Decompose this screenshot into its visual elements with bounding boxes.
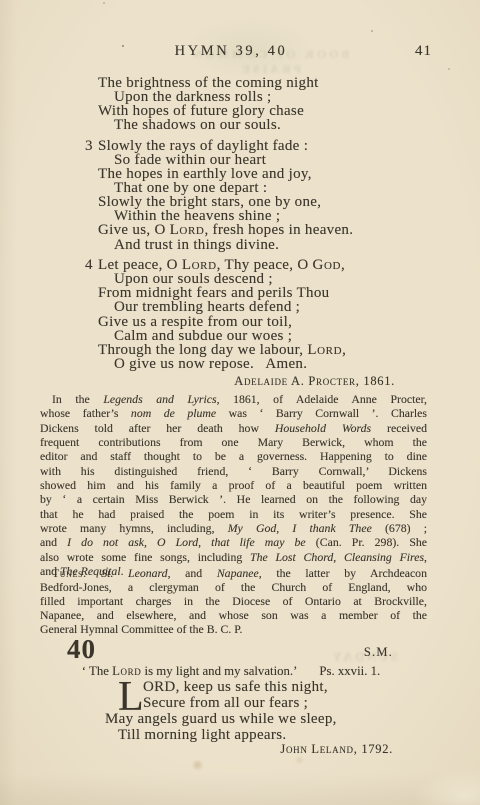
verse-line: Within the heavens shine ; — [114, 209, 353, 223]
verse-line: Slowly the bright stars, one by one, — [98, 195, 353, 209]
prose-line: showed him and his family a proof of a b… — [40, 478, 427, 492]
verse-line: Give us a respite from our toil, — [98, 315, 353, 329]
verse-line: The shadows on our souls. — [114, 118, 353, 132]
verse-block: 3Slowly the rays of daylight fade :So fa… — [98, 139, 353, 252]
prose-line: and I do not ask, O Lord, that life may … — [40, 535, 427, 549]
hymn40-verse: L ORD, keep us safe this night,Secure fr… — [105, 680, 337, 744]
hymn40-epigraph: ‘ The Lord is my light and my salvation.… — [0, 664, 462, 679]
prose-line: editor and staff thought to be a governe… — [40, 449, 427, 463]
epigraph-text: ‘ The Lord is my light and my salvation.… — [82, 664, 298, 679]
epigraph-scripture-ref: Ps. xxvii. 1. — [319, 664, 380, 679]
verse-line: Upon our souls descend ; — [114, 272, 353, 286]
speck — [371, 30, 373, 32]
stain — [294, 755, 305, 765]
verse-line: May angels guard us while we sleep, — [105, 712, 337, 728]
verse-line: The hopes in earthly love and joy, — [98, 167, 353, 181]
prose-line: Bedford-Jones, a clergyman of the Church… — [40, 581, 427, 595]
hymn39-attribution: Adelaide A. Procter, 1861. — [234, 374, 395, 389]
prose-line: by ‘ a certain Miss Berwick ’. He learne… — [40, 492, 427, 506]
prose-line: with his distinguished friend, ‘ Barry C… — [40, 464, 427, 478]
speck — [448, 68, 450, 70]
verse-line: That one by one depart : — [114, 181, 353, 195]
prose-line: Napanee, and elsewhere, and whose son wa… — [40, 609, 427, 623]
stain — [191, 759, 204, 771]
prose-line: whose father’s nom de plume was ‘ Barry … — [40, 406, 427, 420]
verse-line: Upon the darkness rolls ; — [114, 90, 353, 104]
verse-line: So fade within our heart — [114, 153, 353, 167]
drop-cap: L — [118, 682, 144, 712]
hymn40-number: 40 — [67, 634, 96, 665]
prose-line: In the Legends and Lyrics, 1861, of Adel… — [40, 392, 427, 406]
page-number: 41 — [415, 43, 432, 60]
verse-line: With hopes of future glory chase — [98, 104, 353, 118]
verse-line: Through the long day we labour, Lord, — [98, 343, 353, 357]
prose-line: filled important charges in the Diocese … — [40, 595, 427, 609]
verse-line: Give us, O Lord, fresh hopes in heaven. — [98, 223, 353, 237]
prose-line: General Hymnal Committee of the B. C. P. — [40, 623, 427, 637]
biographical-note: In the Legends and Lyrics, 1861, of Adel… — [40, 392, 427, 578]
verse-line: Calm and subdue our woes ; — [114, 329, 353, 343]
hymn39-verses: The brightness of the coming nightUpon t… — [98, 76, 353, 377]
meter-label: S.M. — [364, 645, 393, 660]
speck — [103, 2, 105, 4]
verse-line: 3Slowly the rays of daylight fade : — [98, 139, 353, 153]
prose-line: Dickens told after her death how Househo… — [40, 421, 427, 435]
prose-line: that he had praised the poem in its writ… — [40, 507, 427, 521]
tunes-note: Tunes. St. Leonard, and Napanee, the lat… — [40, 567, 427, 637]
prose-line: Tunes. St. Leonard, and Napanee, the lat… — [40, 567, 427, 581]
verse-number: 3 — [85, 139, 93, 153]
running-title: HYMN 39, 40 — [0, 43, 462, 60]
verse-number: 4 — [85, 258, 93, 272]
verse-line: Secure from all our fears ; — [143, 696, 337, 712]
scanned-hymnal-page: BOOK OF COMMON PRAISE SUNDAY HYMN 39, 40… — [0, 0, 480, 805]
verse-line: O give us now repose. Amen. — [114, 357, 353, 371]
prose-line: frequent contributions from one Mary Ber… — [40, 435, 427, 449]
verse-line: The brightness of the coming night — [98, 76, 353, 90]
verse-line: And trust in things divine. — [114, 238, 353, 252]
verse-line: 4Let peace, O Lord, Thy peace, O God, — [98, 258, 353, 272]
verse-line: From midnight fears and perils Thou — [98, 286, 353, 300]
prose-line: also wrote some fine songs, including Th… — [40, 550, 427, 564]
speck — [122, 45, 124, 47]
verse-line: Our trembling hearts defend ; — [114, 300, 353, 314]
verse-line: ORD, keep us safe this night, — [143, 680, 337, 696]
verse-block: The brightness of the coming nightUpon t… — [98, 76, 353, 132]
prose-line: wrote many hymns, including, My God, I t… — [40, 521, 427, 535]
verse-block: 4Let peace, O Lord, Thy peace, O God,Upo… — [98, 258, 353, 371]
